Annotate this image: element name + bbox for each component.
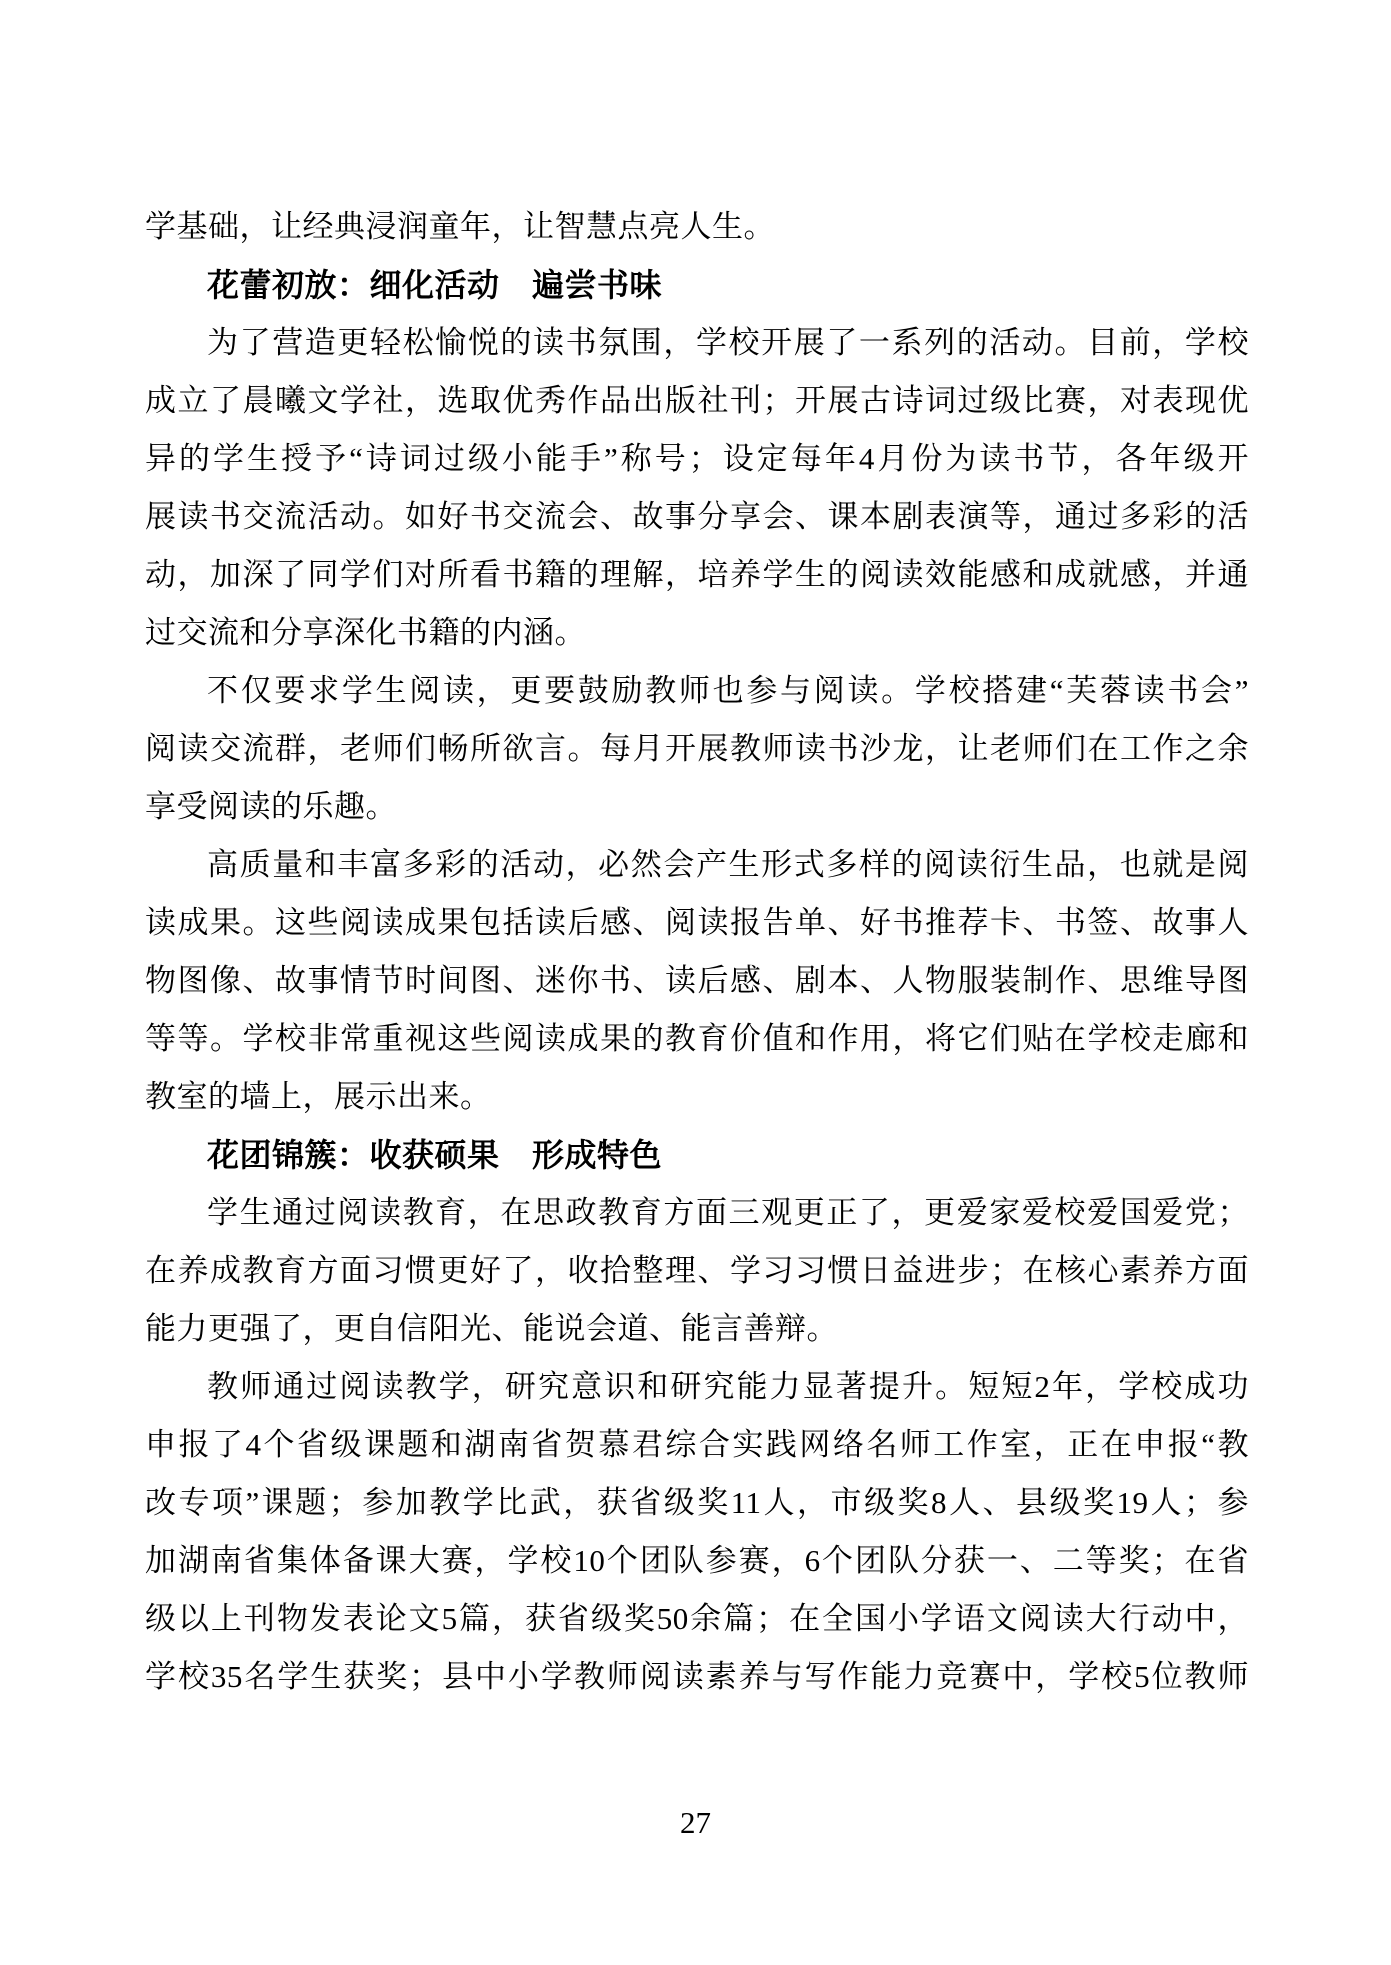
- body-line: 学基础，让经典浸润童年，让智慧点亮人生。: [145, 198, 1249, 256]
- body-line: 在养成教育方面习惯更好了，收拾整理、学习习惯日益进步；在核心素养方面: [145, 1242, 1249, 1300]
- section-heading-2: 花团锦簇：收获硕果 形成特色: [145, 1126, 1249, 1184]
- body-line: 享受阅读的乐趣。: [145, 778, 1249, 836]
- body-line: 成立了晨曦文学社，选取优秀作品出版社刊；开展古诗词过级比赛，对表现优: [145, 372, 1249, 430]
- body-line: 不仅要求学生阅读，更要鼓励教师也参与阅读。学校搭建“芙蓉读书会”: [145, 662, 1249, 720]
- body-line: 高质量和丰富多彩的活动，必然会产生形式多样的阅读衍生品，也就是阅: [145, 836, 1249, 894]
- body-line: 教室的墙上，展示出来。: [145, 1068, 1249, 1126]
- document-body: 学基础，让经典浸润童年，让智慧点亮人生。 花蕾初放：细化活动 遍尝书味 为了营造…: [145, 198, 1249, 1706]
- body-line: 等等。学校非常重视这些阅读成果的教育价值和作用，将它们贴在学校走廊和: [145, 1010, 1249, 1068]
- section-heading-1: 花蕾初放：细化活动 遍尝书味: [145, 256, 1249, 314]
- body-line: 过交流和分享深化书籍的内涵。: [145, 604, 1249, 662]
- page-number: 27: [680, 1805, 711, 1840]
- body-line: 动，加深了同学们对所看书籍的理解，培养学生的阅读效能感和成就感，并通: [145, 546, 1249, 604]
- body-line: 加湖南省集体备课大赛，学校10个团队参赛，6个团队分获一、二等奖；在省: [145, 1532, 1249, 1590]
- body-line: 展读书交流活动。如好书交流会、故事分享会、课本剧表演等，通过多彩的活: [145, 488, 1249, 546]
- body-line: 级以上刊物发表论文5篇，获省级奖50余篇；在全国小学语文阅读大行动中，: [145, 1590, 1249, 1648]
- page-footer: 27: [0, 1805, 1391, 1841]
- body-line: 学生通过阅读教育，在思政教育方面三观更正了，更爱家爱校爱国爱党；: [145, 1184, 1249, 1242]
- body-line: 阅读交流群，老师们畅所欲言。每月开展教师读书沙龙，让老师们在工作之余: [145, 720, 1249, 778]
- body-line: 改专项”课题；参加教学比武，获省级奖11人，市级奖8人、县级奖19人；参: [145, 1474, 1249, 1532]
- body-line: 教师通过阅读教学，研究意识和研究能力显著提升。短短2年，学校成功: [145, 1358, 1249, 1416]
- body-line: 物图像、故事情节时间图、迷你书、读后感、剧本、人物服装制作、思维导图: [145, 952, 1249, 1010]
- body-line: 为了营造更轻松愉悦的读书氛围，学校开展了一系列的活动。目前，学校: [145, 314, 1249, 372]
- body-line: 申报了4个省级课题和湖南省贺慕君综合实践网络名师工作室，正在申报“教: [145, 1416, 1249, 1474]
- body-line: 读成果。这些阅读成果包括读后感、阅读报告单、好书推荐卡、书签、故事人: [145, 894, 1249, 952]
- body-line: 能力更强了，更自信阳光、能说会道、能言善辩。: [145, 1300, 1249, 1358]
- body-line: 学校35名学生获奖；县中小学教师阅读素养与写作能力竞赛中，学校5位教师: [145, 1648, 1249, 1706]
- document-page: 学基础，让经典浸润童年，让智慧点亮人生。 花蕾初放：细化活动 遍尝书味 为了营造…: [0, 0, 1391, 1965]
- body-line: 异的学生授予“诗词过级小能手”称号；设定每年4月份为读书节，各年级开: [145, 430, 1249, 488]
